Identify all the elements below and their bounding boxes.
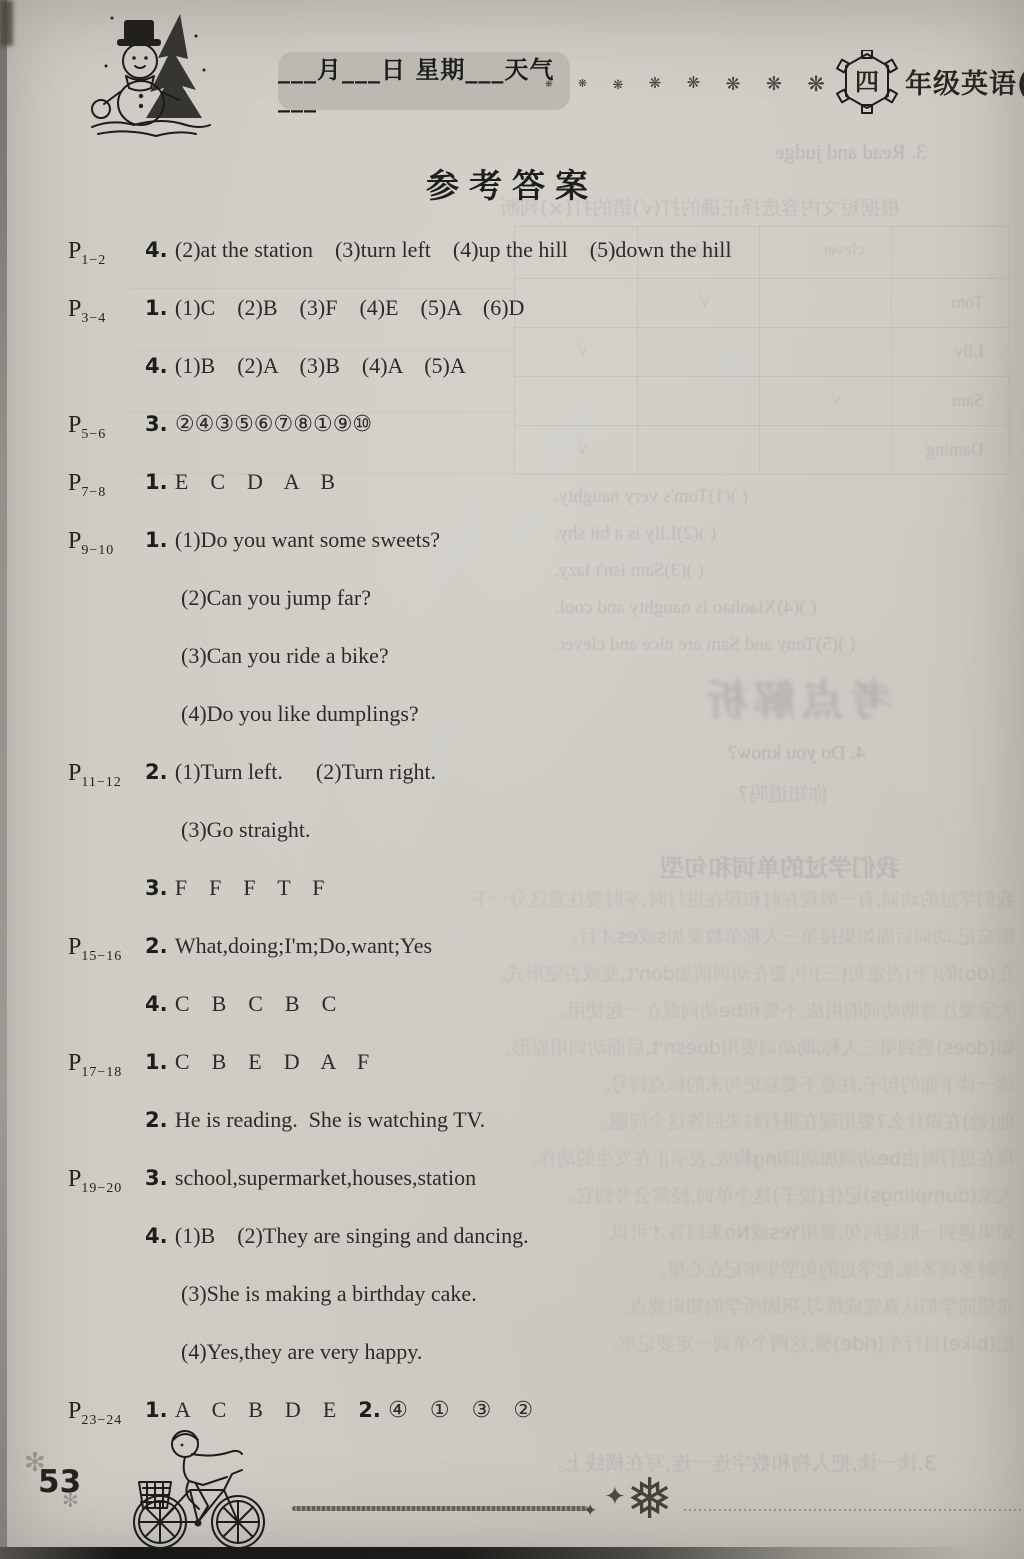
page-footer: ✻ ✻ 53 — [0, 1420, 1024, 1559]
answer-text: (2)Can you jump far? — [181, 586, 371, 610]
answer-row: P5−63. ②④③⑤⑥⑦⑧①⑨⑩ — [68, 412, 968, 436]
snowflake-dot-icon: ❋ — [545, 80, 553, 89]
sparkle-icon: ✦ — [583, 1502, 597, 1519]
page-range-label: P3−4 — [68, 296, 145, 327]
answer-text: (3)Can you ride a bike? — [181, 644, 389, 668]
answer-text: 3. F F F T F — [145, 876, 325, 900]
answer-text: 1. (1)C (2)B (3)F (4)E (5)A (6)D — [145, 296, 524, 320]
answer-row: P19−203. school,supermarket,houses,stati… — [68, 1166, 968, 1190]
footer-rule-left — [292, 1506, 588, 1511]
snowflake-dots-row: ❋❋❋❋❋❋❋❋ — [545, 62, 825, 106]
answer-row: P11−122. (1)Turn left. (2)Turn right. — [68, 760, 968, 784]
answer-row: 4. (1)B (2)They are singing and dancing. — [68, 1224, 968, 1248]
answer-row: 2. He is reading. She is watching TV. — [68, 1108, 968, 1132]
page-range-label: P19−20 — [68, 1166, 145, 1197]
snowman-illustration — [84, 6, 219, 143]
page-range-label: P5−6 — [68, 412, 145, 443]
grade-badge-char: 四 — [855, 68, 879, 96]
answer-row: P17−181. C B E D A F — [68, 1050, 968, 1074]
answer-row: (3)Go straight. — [68, 818, 968, 842]
bicycle-girl-icon — [112, 1422, 277, 1557]
answer-row: 4. C B C B C — [68, 992, 968, 1016]
sparkle-icon: ✦ — [604, 1484, 626, 1510]
snowflake-dot-icon: ❋ — [766, 75, 782, 94]
snowflake-dot-icon: ❋ — [649, 77, 662, 92]
scanned-workbook-page: 3. Read and judge 根据短文内容选择正确的打(√)错的打(×)判… — [0, 0, 1024, 1559]
answer-row: P15−162. What,doing;I'm;Do,want;Yes — [68, 934, 968, 958]
answer-text: 3. ②④③⑤⑥⑦⑧①⑨⑩ — [145, 412, 372, 436]
answer-row: (4)Yes,they are very happy. — [68, 1340, 968, 1364]
bicycle-girl-illustration — [112, 1422, 277, 1559]
snowflake-dot-icon: ❋ — [578, 79, 587, 90]
answer-row: (3)Can you ride a bike? — [68, 644, 968, 668]
answer-text: (4)Yes,they are very happy. — [181, 1340, 422, 1364]
answer-row: (2)Can you jump far? — [68, 586, 968, 610]
answer-row: P7−81. E C D A B — [68, 470, 968, 494]
page-range-label: P9−10 — [68, 528, 145, 559]
scan-edge-left — [0, 0, 7, 1559]
answer-row: P1−24. (2)at the station (3)turn left (4… — [68, 238, 968, 262]
snowflake-dot-icon: ❋ — [807, 74, 825, 95]
answer-text: (4)Do you like dumplings? — [181, 702, 419, 726]
snowflake-dot-icon: ❋ — [687, 76, 700, 92]
answer-key-title: 参考答案 — [0, 160, 1024, 207]
answer-text: 1. (1)Do you want some sweets? — [145, 528, 440, 552]
snowflake-icon: ❅ — [626, 1472, 673, 1528]
date-weather-text: ___月___日 星期___天气___ — [278, 50, 570, 113]
answer-text: 1. A C B D E 2. ④ ① ③ ② — [145, 1398, 533, 1422]
answer-text: 2. What,doing;I'm;Do,want;Yes — [145, 934, 432, 958]
footer-rule-right — [684, 1509, 1024, 1511]
page-range-label: P15−16 — [68, 934, 145, 965]
snowflake-frame-icon: 四 — [836, 50, 898, 114]
answer-row: 3. F F F T F — [68, 876, 968, 900]
answer-row: (3)She is making a birthday cake. — [68, 1282, 968, 1306]
answers-list: P1−24. (2)at the station (3)turn left (4… — [68, 238, 968, 1456]
page-range-label: P11−12 — [68, 760, 145, 791]
answer-text: 4. (2)at the station (3)turn left (4)up … — [145, 238, 732, 262]
answer-text: (3)She is making a birthday cake. — [181, 1282, 477, 1306]
snowflake-dot-icon: ❋ — [726, 75, 741, 93]
answer-row: P9−101. (1)Do you want some sweets? — [68, 528, 968, 552]
answer-text: 4. (1)B (2)A (3)B (4)A (5)A — [145, 354, 466, 378]
page-range-label: P1−2 — [68, 238, 145, 269]
page-range-label: P7−8 — [68, 470, 145, 501]
snowman-tree-icon — [84, 6, 219, 138]
answer-text: 2. (1)Turn left. (2)Turn right. — [145, 760, 436, 784]
answer-row: 4. (1)B (2)A (3)B (4)A (5)A — [68, 354, 968, 378]
grade-badge: 四 — [836, 50, 898, 114]
answer-text: 1. C B E D A F — [145, 1050, 369, 1074]
answer-row: P3−41. (1)C (2)B (3)F (4)E (5)A (6)D — [68, 296, 968, 320]
answer-text: (3)Go straight. — [181, 818, 311, 842]
date-weather-box: ___月___日 星期___天气___ — [278, 52, 570, 110]
answer-text: 2. He is reading. She is watching TV. — [145, 1108, 485, 1132]
answer-text: 4. (1)B (2)They are singing and dancing. — [145, 1224, 529, 1248]
page-range-label: P17−18 — [68, 1050, 145, 1081]
answer-text: 3. school,supermarket,houses,station — [145, 1166, 476, 1190]
answer-text: 4. C B C B C — [145, 992, 336, 1016]
answer-row: P23−241. A C B D E 2. ④ ① ③ ② — [68, 1398, 968, 1422]
answer-row: (4)Do you like dumplings? — [68, 702, 968, 726]
page-header: ___月___日 星期___天气___ ❋❋❋❋❋❋❋❋ 四 年级英语(外 — [0, 0, 1024, 150]
answer-text: 1. E C D A B — [145, 470, 335, 494]
page-number: 53 — [38, 1464, 81, 1500]
grade-label: 年级英语(外 — [905, 62, 1024, 101]
snowflake-dot-icon: ❋ — [613, 78, 624, 91]
